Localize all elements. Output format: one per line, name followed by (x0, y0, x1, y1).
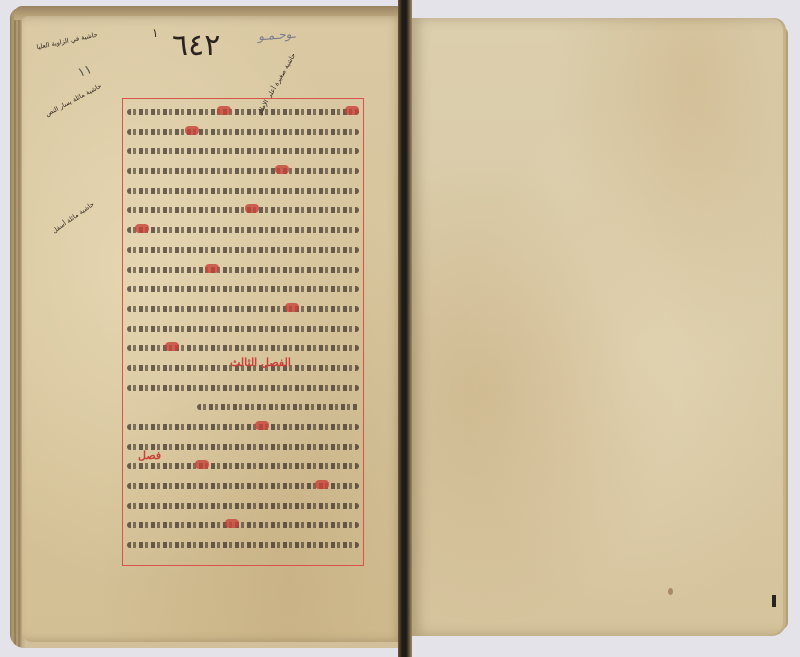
chapter-heading: الفصل الثالث (230, 356, 291, 369)
text-line (127, 280, 359, 300)
folio-mark: ١ (152, 26, 158, 40)
text-line (127, 261, 359, 281)
text-line (127, 516, 359, 536)
text-block-frame (122, 98, 364, 566)
page-number: ٦٤٢ (172, 28, 220, 63)
text-line (127, 142, 359, 162)
text-line (127, 221, 359, 241)
text-line (127, 457, 359, 477)
manuscript-photo: ١ ٦٤٢ ـوحـمـو ١١ حاشية في الزاوية العليا… (0, 0, 800, 657)
text-line (127, 123, 359, 143)
text-line (127, 418, 359, 438)
text-line (127, 201, 359, 221)
pencil-note: ـوحـمـو (258, 27, 296, 44)
text-line (127, 398, 359, 418)
text-line (127, 103, 359, 123)
book-gutter (398, 0, 412, 657)
text-line (127, 379, 359, 399)
text-line (127, 162, 359, 182)
text-line (127, 300, 359, 320)
text-line (127, 497, 359, 517)
text-line (127, 536, 359, 556)
right-page (410, 18, 786, 636)
text-line (127, 477, 359, 497)
stain (668, 588, 673, 595)
right-page-corner-mark (772, 595, 776, 607)
text-line (127, 182, 359, 202)
text-line (127, 438, 359, 458)
text-line (127, 320, 359, 340)
text-line (127, 241, 359, 261)
rubric-word: فصل (138, 449, 161, 462)
